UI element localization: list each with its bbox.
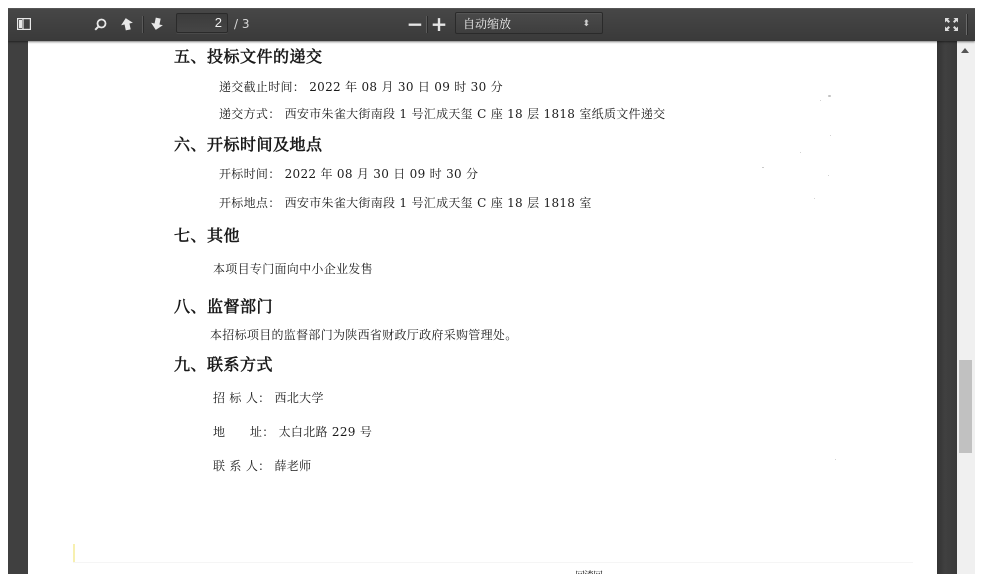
text-line: 本项目专门面向中小企业发售 [213,260,373,277]
text-line: 招 标 人： 西北大学 [213,389,324,406]
toolbar-separator [426,16,427,33]
toolbar-separator [966,14,967,35]
arrow-up-icon [120,17,134,31]
section-heading: 五、投标文件的递交 [174,44,323,67]
text-line: 地 址： 太白北路 229 号 [213,423,372,440]
scan-speck [828,175,829,176]
scale-select-value: 自动缩放 [463,17,511,31]
toolbar-separator [142,16,143,33]
scan-speck [762,167,764,168]
scan-speck [830,135,831,136]
scan-artifact [73,562,913,563]
zoom-in-button[interactable]: + [428,12,450,36]
next-page-button[interactable] [146,12,168,36]
section-heading: 八、监督部门 [174,294,273,317]
zoom-out-button[interactable]: − [404,12,426,36]
qr-code-fragment: 回漆回 [575,567,602,574]
select-arrows-icon: ⬍ [582,13,590,35]
presentation-mode-button[interactable] [942,12,960,36]
sidebar-toggle-icon [17,18,31,30]
text-line: 开标地点： 西安市朱雀大街南段 1 号汇成天玺 C 座 18 层 1818 室 [219,194,592,211]
page-count: / 3 [234,16,250,32]
viewer-background [937,41,957,574]
search-icon [94,18,107,31]
text-line: 递交截止时间： 2022 年 08 月 30 日 09 时 30 分 [219,78,503,95]
text-line: 本招标项目的监督部门为陕西省财政厅政府采购管理处。 [210,326,518,343]
arrow-down-icon [150,17,164,31]
text-line: 联 系 人： 薛老师 [213,457,311,474]
section-heading: 九、联系方式 [174,352,273,375]
scan-speck [800,152,801,153]
section-heading: 七、其他 [174,223,240,246]
presentation-mode-icon [945,18,958,31]
scrollbar-thumb[interactable] [959,360,972,453]
pdf-viewer: / 3 − + 自动缩放 ⬍ [8,8,975,574]
scan-speck [835,459,836,460]
scroll-up-arrow-icon[interactable] [961,48,969,53]
scan-artifact [73,544,75,562]
scan-speck [814,198,815,199]
pdf-page: 五、投标文件的递交 递交截止时间： 2022 年 08 月 30 日 09 时 … [28,41,937,574]
scan-speck [828,95,831,97]
plus-icon: + [431,12,448,36]
section-heading: 六、开标时间及地点 [174,132,323,155]
scan-speck [820,100,821,101]
find-button[interactable] [88,12,112,36]
sidebar-toggle-button[interactable] [12,12,36,36]
scale-select[interactable]: 自动缩放 ⬍ [455,12,603,34]
text-line: 递交方式： 西安市朱雀大街南段 1 号汇成天玺 C 座 18 层 1818 室纸… [219,105,665,122]
minus-icon: − [407,12,424,36]
vertical-scrollbar[interactable] [957,41,975,574]
text-line: 开标时间： 2022 年 08 月 30 日 09 时 30 分 [219,165,478,182]
toolbar: / 3 − + 自动缩放 ⬍ [8,8,975,41]
previous-page-button[interactable] [116,12,138,36]
page-number-input[interactable] [176,13,228,33]
